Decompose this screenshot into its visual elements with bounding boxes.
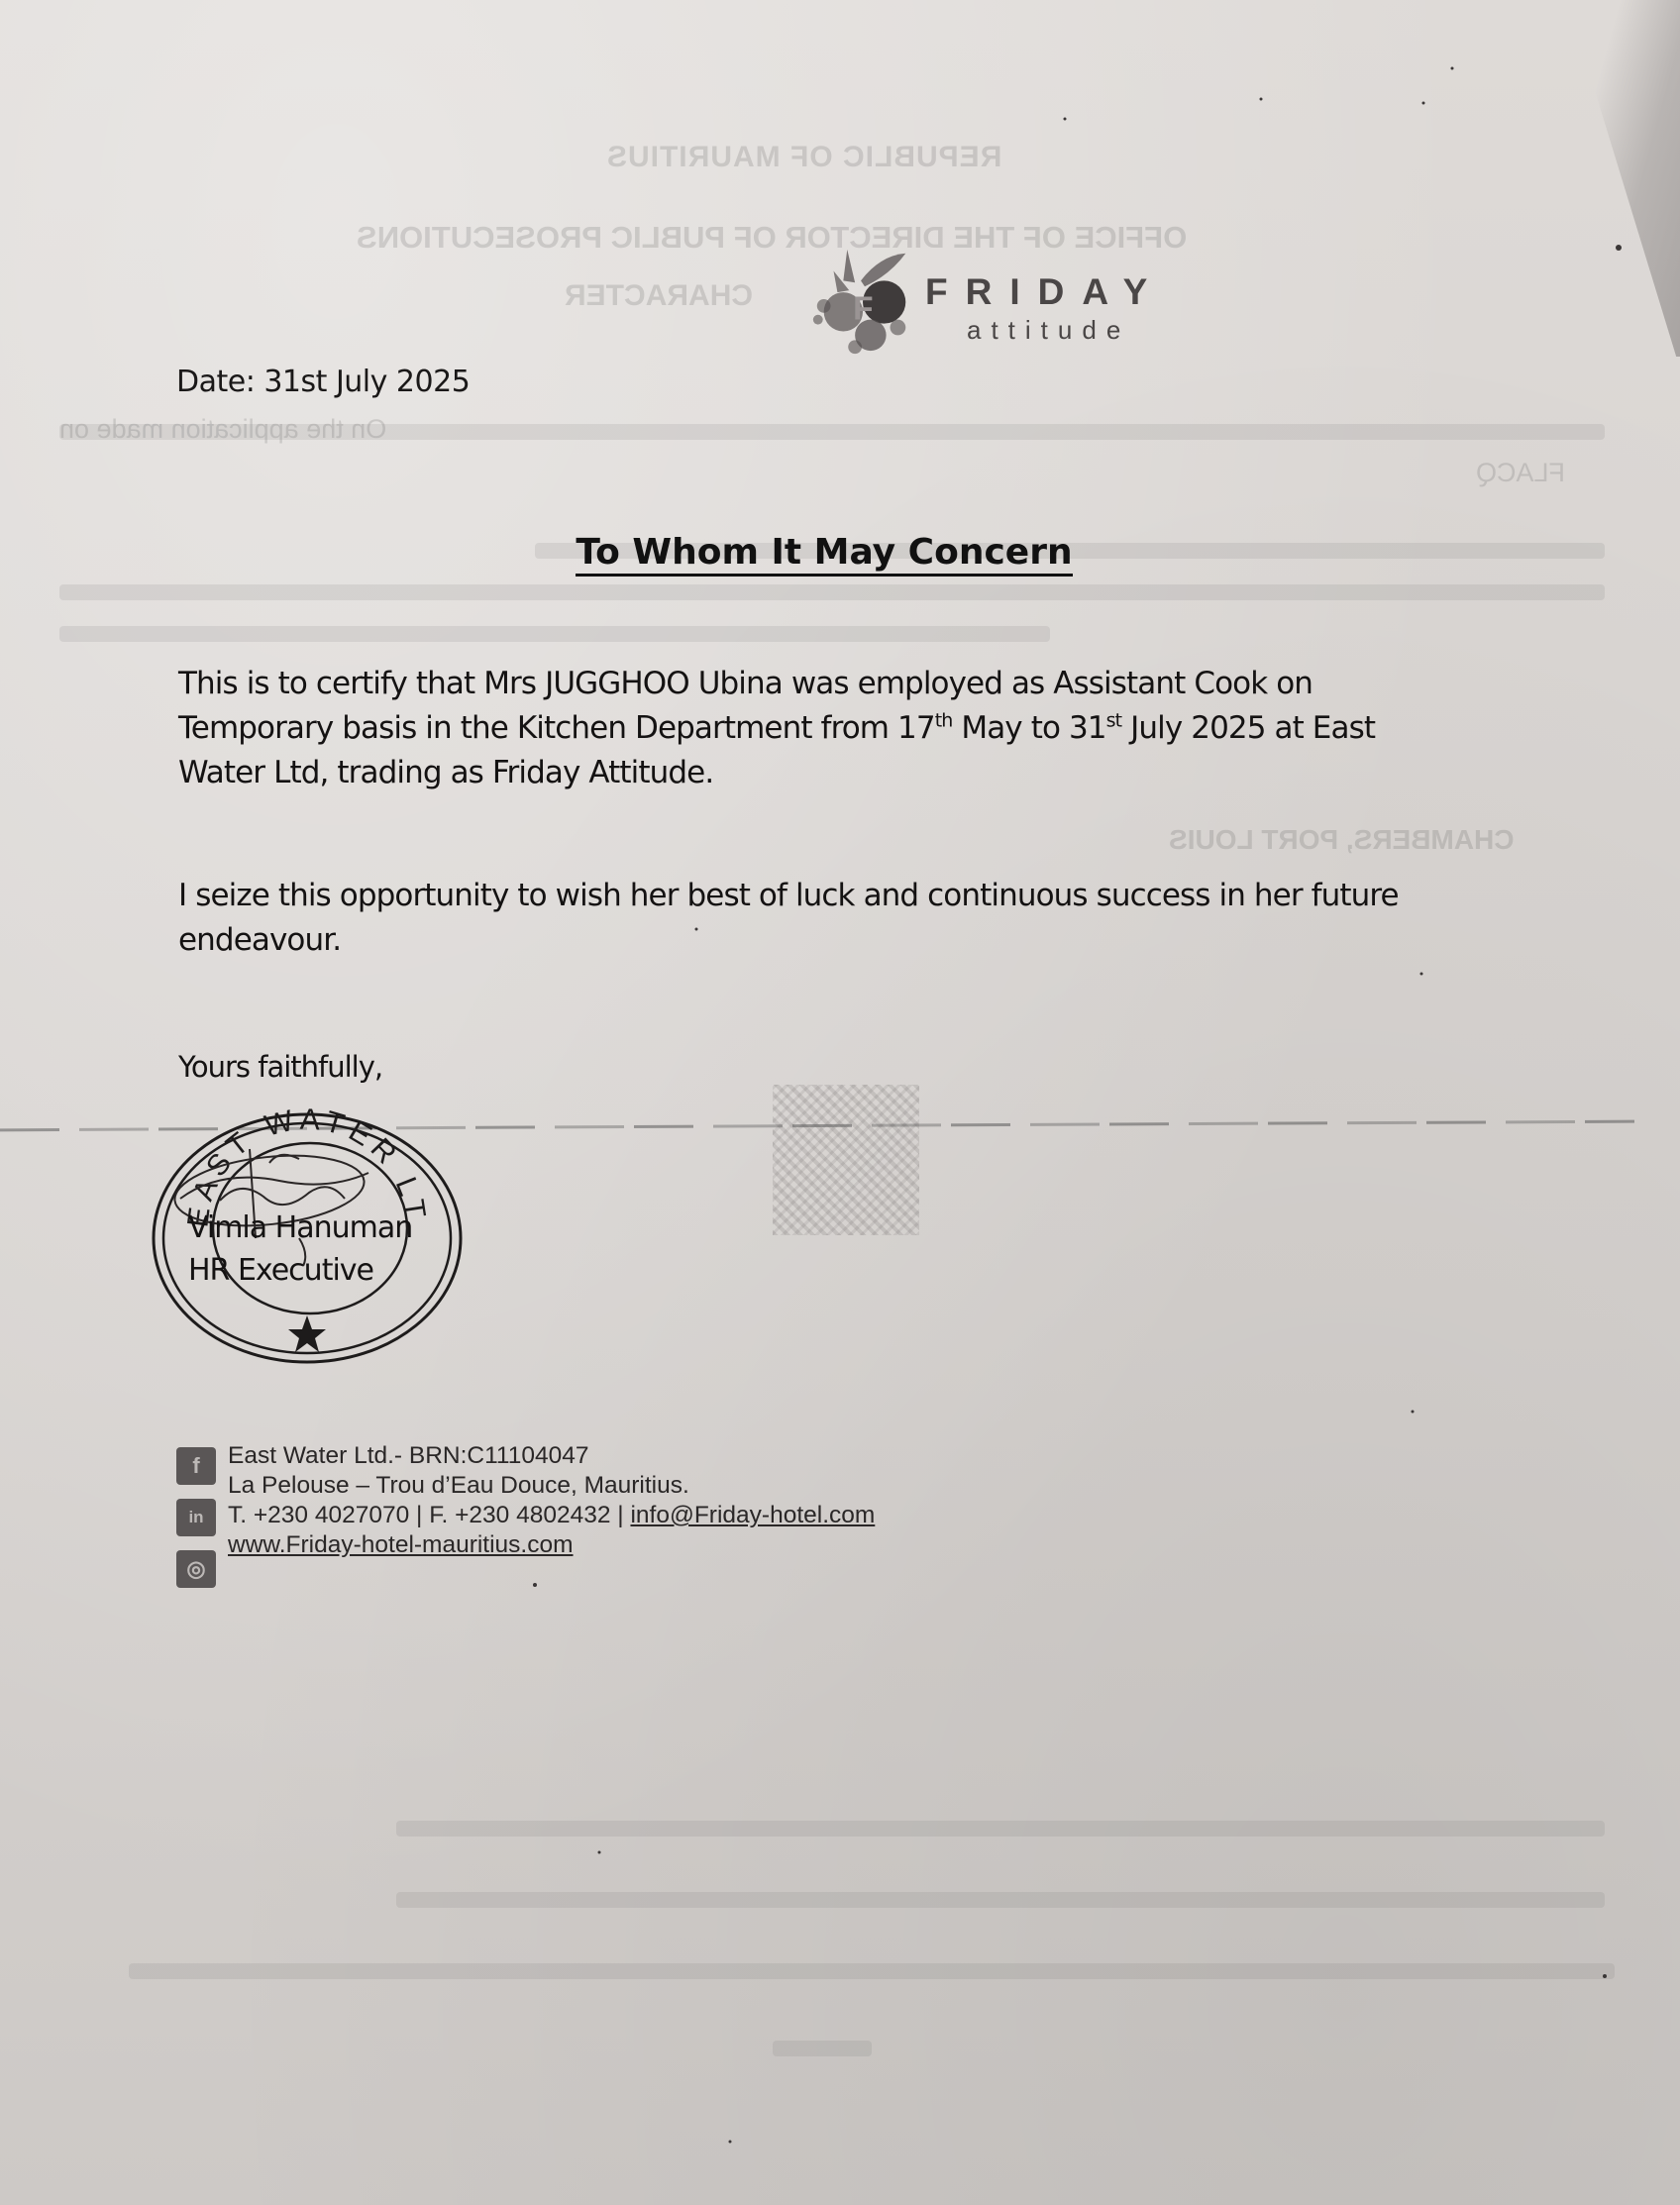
signer-name: Vimla Hanuman — [188, 1210, 412, 1245]
letterhead-logo: F FRIDAY attitude — [804, 242, 1165, 359]
footer-phone: T. +230 4027070 — [228, 1502, 409, 1528]
certification-paragraph: This is to certify that Mrs JUGGHOO Ubin… — [178, 662, 1426, 795]
instagram-icon[interactable]: ◎ — [176, 1550, 216, 1588]
social-icons: f in ◎ — [176, 1447, 220, 1602]
show-through-qr-code — [773, 1085, 919, 1235]
svg-text:F: F — [853, 291, 873, 328]
footer-company: East Water Ltd.- BRN:C11104047 — [228, 1441, 875, 1471]
show-through-row — [129, 1963, 1615, 1979]
separator: | — [409, 1502, 429, 1528]
show-through-row — [59, 626, 1050, 642]
ordinal-suffix: st — [1106, 710, 1122, 732]
show-through-row — [773, 2041, 872, 2056]
show-through-text: FLACQ — [1476, 458, 1565, 488]
show-through-text: REPUBLIC OF MAURITIUS — [606, 141, 1001, 174]
closing-salutation: Yours faithfully, — [178, 1050, 382, 1084]
wishes-paragraph: I seize this opportunity to wish her bes… — [178, 874, 1426, 963]
linkedin-icon[interactable]: in — [176, 1499, 216, 1536]
show-through-row — [396, 1821, 1605, 1837]
ordinal-suffix: th — [935, 710, 953, 732]
footer-contact: T. +230 4027070 | F. +230 4802432 | info… — [228, 1501, 875, 1530]
facebook-icon[interactable]: f — [176, 1447, 216, 1485]
friday-attitude-floral-logo-icon: F — [804, 242, 921, 359]
letter-title-text: To Whom It May Concern — [576, 532, 1072, 577]
brand-name: FRIDAY — [925, 271, 1165, 313]
website-link[interactable]: www.Friday-hotel-mauritius.com — [228, 1531, 574, 1558]
signer-title: HR Executive — [188, 1253, 373, 1288]
show-through-text: CHARACTER — [565, 279, 753, 313]
show-through-text: CHAMBERS, PORT LOUIS — [1169, 824, 1514, 856]
footer-address: La Pelouse – Trou d’Eau Douce, Mauritius… — [228, 1471, 875, 1501]
separator: | — [610, 1502, 630, 1528]
paragraph-text: May to 31 — [952, 710, 1105, 746]
show-through-row — [59, 584, 1605, 600]
show-through-row — [396, 1892, 1605, 1908]
signature-mark — [160, 1129, 398, 1268]
letter-title: To Whom It May Concern — [0, 532, 1680, 573]
brand-tagline: attitude — [967, 315, 1165, 346]
email-link[interactable]: info@Friday-hotel.com — [630, 1502, 875, 1528]
letter-date: Date: 31st July 2025 — [176, 365, 470, 399]
footer-fax: F. +230 4802432 — [429, 1502, 610, 1528]
show-through-row — [59, 424, 1605, 440]
